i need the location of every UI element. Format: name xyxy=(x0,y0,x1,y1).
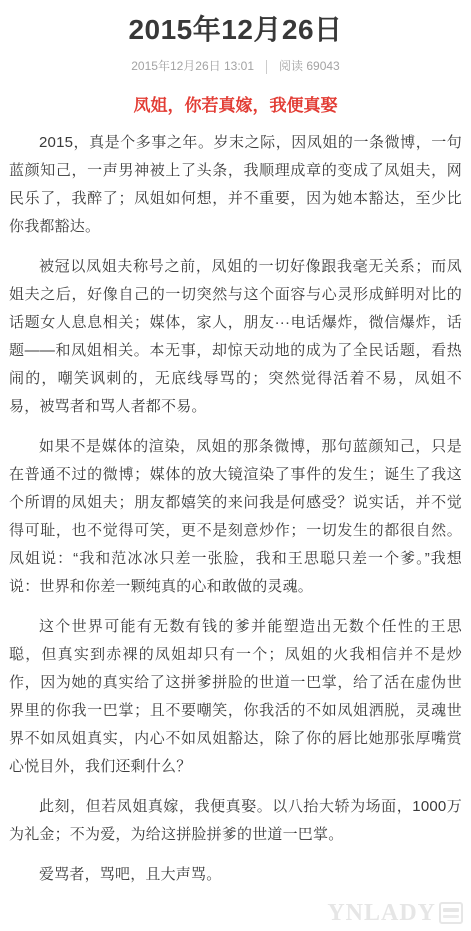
paragraph-1: 2015，真是个多事之年。岁末之际，因凤姐的一条微博，一句蓝颜知己，一声男神被上… xyxy=(9,129,462,241)
meta-divider xyxy=(266,60,267,74)
article-body: 2015，真是个多事之年。岁末之际，因凤姐的一条微博，一句蓝颜知己，一声男神被上… xyxy=(9,129,462,889)
article-meta: 2015年12月26日 13:01 阅读 69043 xyxy=(9,59,462,74)
article-page: 2015年12月26日 2015年12月26日 13:01 阅读 69043 凤… xyxy=(0,0,471,931)
paragraph-3: 如果不是媒体的渲染，凤姐的那条微博，那句蓝颜知己，只是在普通不过的微博；媒体的放… xyxy=(9,433,462,601)
read-count: 阅读 69043 xyxy=(279,59,340,74)
watermark: YNLADY xyxy=(327,901,463,925)
watermark-logo-icon xyxy=(439,902,463,924)
article-title: 2015年12月26日 xyxy=(9,12,462,46)
watermark-text: YNLADY xyxy=(327,901,436,925)
publish-datetime: 2015年12月26日 13:01 xyxy=(131,59,254,74)
paragraph-2: 被冠以凤姐夫称号之前，凤姐的一切好像跟我毫无关系；而凤姐夫之后，好像自己的一切突… xyxy=(9,253,462,421)
paragraph-4: 这个世界可能有无数有钱的爹并能塑造出无数个任性的王思聪，但真实到赤裸的凤姐却只有… xyxy=(9,613,462,781)
paragraph-6: 爱骂者，骂吧，且大声骂。 xyxy=(9,861,462,889)
article-headline: 凤姐，你若真嫁，我便真娶 xyxy=(9,95,462,117)
paragraph-5: 此刻，但若凤姐真嫁，我便真娶。以八抬大轿为场面，1000万为礼金；不为爱，为给这… xyxy=(9,793,462,849)
